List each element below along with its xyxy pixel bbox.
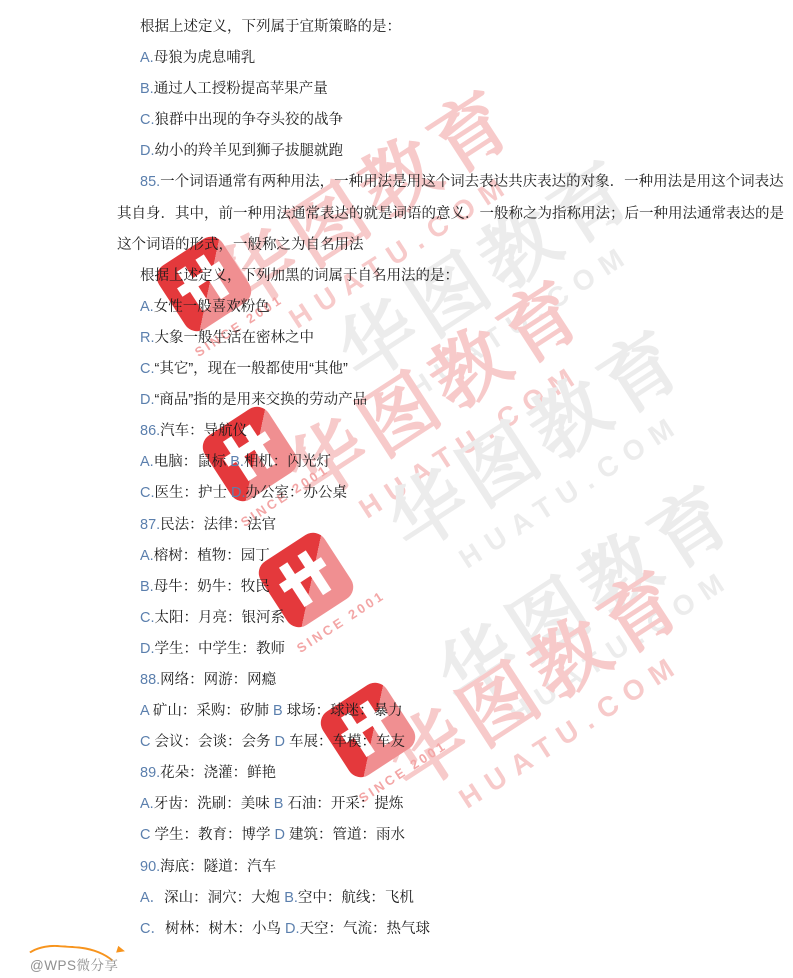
line-text: 医生：护士 [155, 485, 232, 501]
line-text: 母牛：奶牛：牧民 [154, 579, 270, 595]
option-prefix: 87. [140, 517, 160, 533]
line-text: 车展：车模：车友 [289, 734, 405, 750]
line-text: 狼群中出现的争夺头狡的战争 [155, 112, 344, 128]
option-prefix: C [140, 827, 155, 843]
line-text: 牙齿：洗刷：美味 [154, 796, 274, 812]
line-text: 矿山：采购：矽肺 [153, 703, 273, 719]
text-line-27: 90.海底：隧道：汽车 [117, 852, 693, 883]
text-line-26: C 学生：教育：博学 D 建筑：管道：雨水 [117, 820, 693, 851]
text-line-24: 89.花朵：浇灌：鲜艳 [117, 758, 693, 789]
line-text: 这个词语的形式，一般称之为自名用法 [117, 237, 364, 253]
text-line-6: 其自身．其中，前一种用法通常表达的就是词语的意义．一般称之为指称用法；后一种用法… [117, 199, 693, 230]
option-prefix: A [140, 703, 153, 719]
line-text: 民法：法律：法官 [160, 517, 276, 533]
line-text: 天空：气流：热气球 [300, 921, 431, 937]
option-prefix: A． [140, 890, 164, 906]
line-text: 会议：会谈：会务 [155, 734, 275, 750]
line-text: 树林：树木：小鸟 [165, 921, 285, 937]
option-prefix: A. [140, 548, 154, 564]
text-line-5: 85.一个词语通常有两种用法，一种用法是用这个词去表达共庆表达的对象．一种用法是… [117, 167, 693, 198]
option-prefix: A. [140, 454, 154, 470]
option-prefix: 90. [140, 859, 160, 875]
text-line-4: D.幼小的羚羊见到狮子拔腿就跑 [117, 136, 693, 167]
line-text: 学生：教育：博学 [155, 827, 275, 843]
text-line-3: C.狼群中出现的争夺头狡的战争 [117, 105, 693, 136]
line-text: 电脑：鼠标 [154, 454, 231, 470]
line-text: 榕树：植物：园丁 [154, 548, 270, 564]
option-prefix: D. [285, 921, 300, 937]
option-prefix: B. [284, 890, 298, 906]
line-text: 花朵：浇灌：鲜艳 [160, 765, 276, 781]
option-prefix: D. [140, 143, 155, 159]
option-prefix: D [275, 827, 290, 843]
option-prefix: B. [140, 579, 154, 595]
text-line-1: A.母狼为虎息哺乳 [117, 43, 693, 74]
option-prefix: A. [140, 796, 154, 812]
option-prefix: D. [140, 641, 155, 657]
option-prefix: C [140, 734, 155, 750]
wps-share-badge: @WPS微分享 [0, 938, 220, 978]
option-prefix: B [274, 796, 288, 812]
line-text: 根据上述定义，下列属于宜斯策略的是： [140, 19, 401, 35]
text-line-17: A.榕树：植物：园丁 [117, 541, 693, 572]
text-line-10: R.大象一般生活在密林之中 [117, 323, 693, 354]
text-line-21: 88.网络：网游：网瘾 [117, 665, 693, 696]
option-prefix: 89. [140, 765, 160, 781]
line-text: 根据上述定义，下列加黑的词属于自名用法的是： [140, 268, 459, 284]
text-line-15: C.医生：护士 D.办公室：办公桌 [117, 478, 693, 509]
text-line-11: C.“其它”，现在一般都使用“其他” [117, 354, 693, 385]
text-line-2: B.通过人工授粉提高苹果产量 [117, 74, 693, 105]
option-prefix: 88. [140, 672, 160, 688]
line-text: 通过人工授粉提高苹果产量 [154, 81, 328, 97]
line-text: 办公室：办公桌 [246, 485, 348, 501]
line-text: “其它”，现在一般都使用“其他” [155, 361, 348, 377]
text-line-9: A.女性一般喜欢粉色 [117, 292, 693, 323]
option-prefix: A. [140, 50, 154, 66]
line-text: 球场：球迷：暴力 [287, 703, 403, 719]
exam-page: { "colors":{ "body_text":"#1c1c1c", "lat… [0, 0, 793, 978]
line-text: 网络：网游：网瘾 [160, 672, 276, 688]
text-line-7: 这个词语的形式，一般称之为自名用法 [117, 230, 693, 261]
line-text: 一个词语通常有两种用法，一种用法是用这个词去表达共庆表达的对象．一种用法是用这个… [160, 174, 784, 190]
line-text: “商品”指的是用来交换的劳动产品 [155, 392, 368, 408]
option-prefix: B. [230, 454, 244, 470]
option-prefix: C. [140, 361, 155, 377]
wps-share-label: @WPS微分享 [30, 954, 118, 974]
line-text: 建筑：管道：雨水 [289, 827, 405, 843]
text-line-13: 86.汽车：导航仪 [117, 416, 693, 447]
text-line-14: A.电脑：鼠标 B.相机：闪光灯 [117, 447, 693, 478]
line-text: 母狼为虎息哺乳 [154, 50, 256, 66]
option-prefix: C． [140, 921, 165, 937]
option-prefix: D [275, 734, 290, 750]
text-line-16: 87.民法：法律：法官 [117, 510, 693, 541]
line-text: 空中：航线：飞机 [298, 890, 414, 906]
line-text: 女性一般喜欢粉色 [154, 299, 270, 315]
line-text: 汽车：导航仪 [160, 423, 247, 439]
line-text: 深山：洞穴：大炮 [164, 890, 284, 906]
text-line-12: D.“商品”指的是用来交换的劳动产品 [117, 385, 693, 416]
option-prefix: B [273, 703, 287, 719]
text-line-28: A．深山：洞穴：大炮 B.空中：航线：飞机 [117, 883, 693, 914]
option-prefix: D. [140, 392, 155, 408]
question-list: 根据上述定义，下列属于宜斯策略的是：A.母狼为虎息哺乳B.通过人工授粉提高苹果产… [117, 12, 693, 945]
option-prefix: 86. [140, 423, 160, 439]
line-text: 其自身．其中，前一种用法通常表达的就是词语的意义．一般称之为指称用法；后一种用法… [117, 206, 784, 222]
line-text: 相机：闪光灯 [244, 454, 331, 470]
line-text: 海底：隧道：汽车 [160, 859, 276, 875]
option-prefix: C. [140, 112, 155, 128]
option-prefix: 85. [140, 174, 160, 190]
line-text: 学生：中学生：教师 [155, 641, 286, 657]
option-prefix: B. [140, 81, 154, 97]
option-prefix: C. [140, 610, 155, 626]
text-line-0: 根据上述定义，下列属于宜斯策略的是： [117, 12, 693, 43]
text-line-25: A.牙齿：洗刷：美味 B 石油：开采：提炼 [117, 789, 693, 820]
text-line-20: D.学生：中学生：教师 [117, 634, 693, 665]
option-prefix: A. [140, 299, 154, 315]
text-line-18: B.母牛：奶牛：牧民 [117, 572, 693, 603]
line-text: 幼小的羚羊见到狮子拔腿就跑 [155, 143, 344, 159]
option-prefix: C. [140, 485, 155, 501]
line-text: 太阳：月亮：银河系 [155, 610, 286, 626]
line-text: 石油：开采：提炼 [287, 796, 403, 812]
option-prefix: R. [140, 330, 155, 346]
option-prefix: D. [231, 485, 246, 501]
text-line-19: C.太阳：月亮：银河系 [117, 603, 693, 634]
text-line-23: C 会议：会谈：会务 D 车展：车模：车友 [117, 727, 693, 758]
line-text: 大象一般生活在密林之中 [155, 330, 315, 346]
text-line-22: A 矿山：采购：矽肺 B 球场：球迷：暴力 [117, 696, 693, 727]
text-line-8: 根据上述定义，下列加黑的词属于自名用法的是： [117, 261, 693, 292]
